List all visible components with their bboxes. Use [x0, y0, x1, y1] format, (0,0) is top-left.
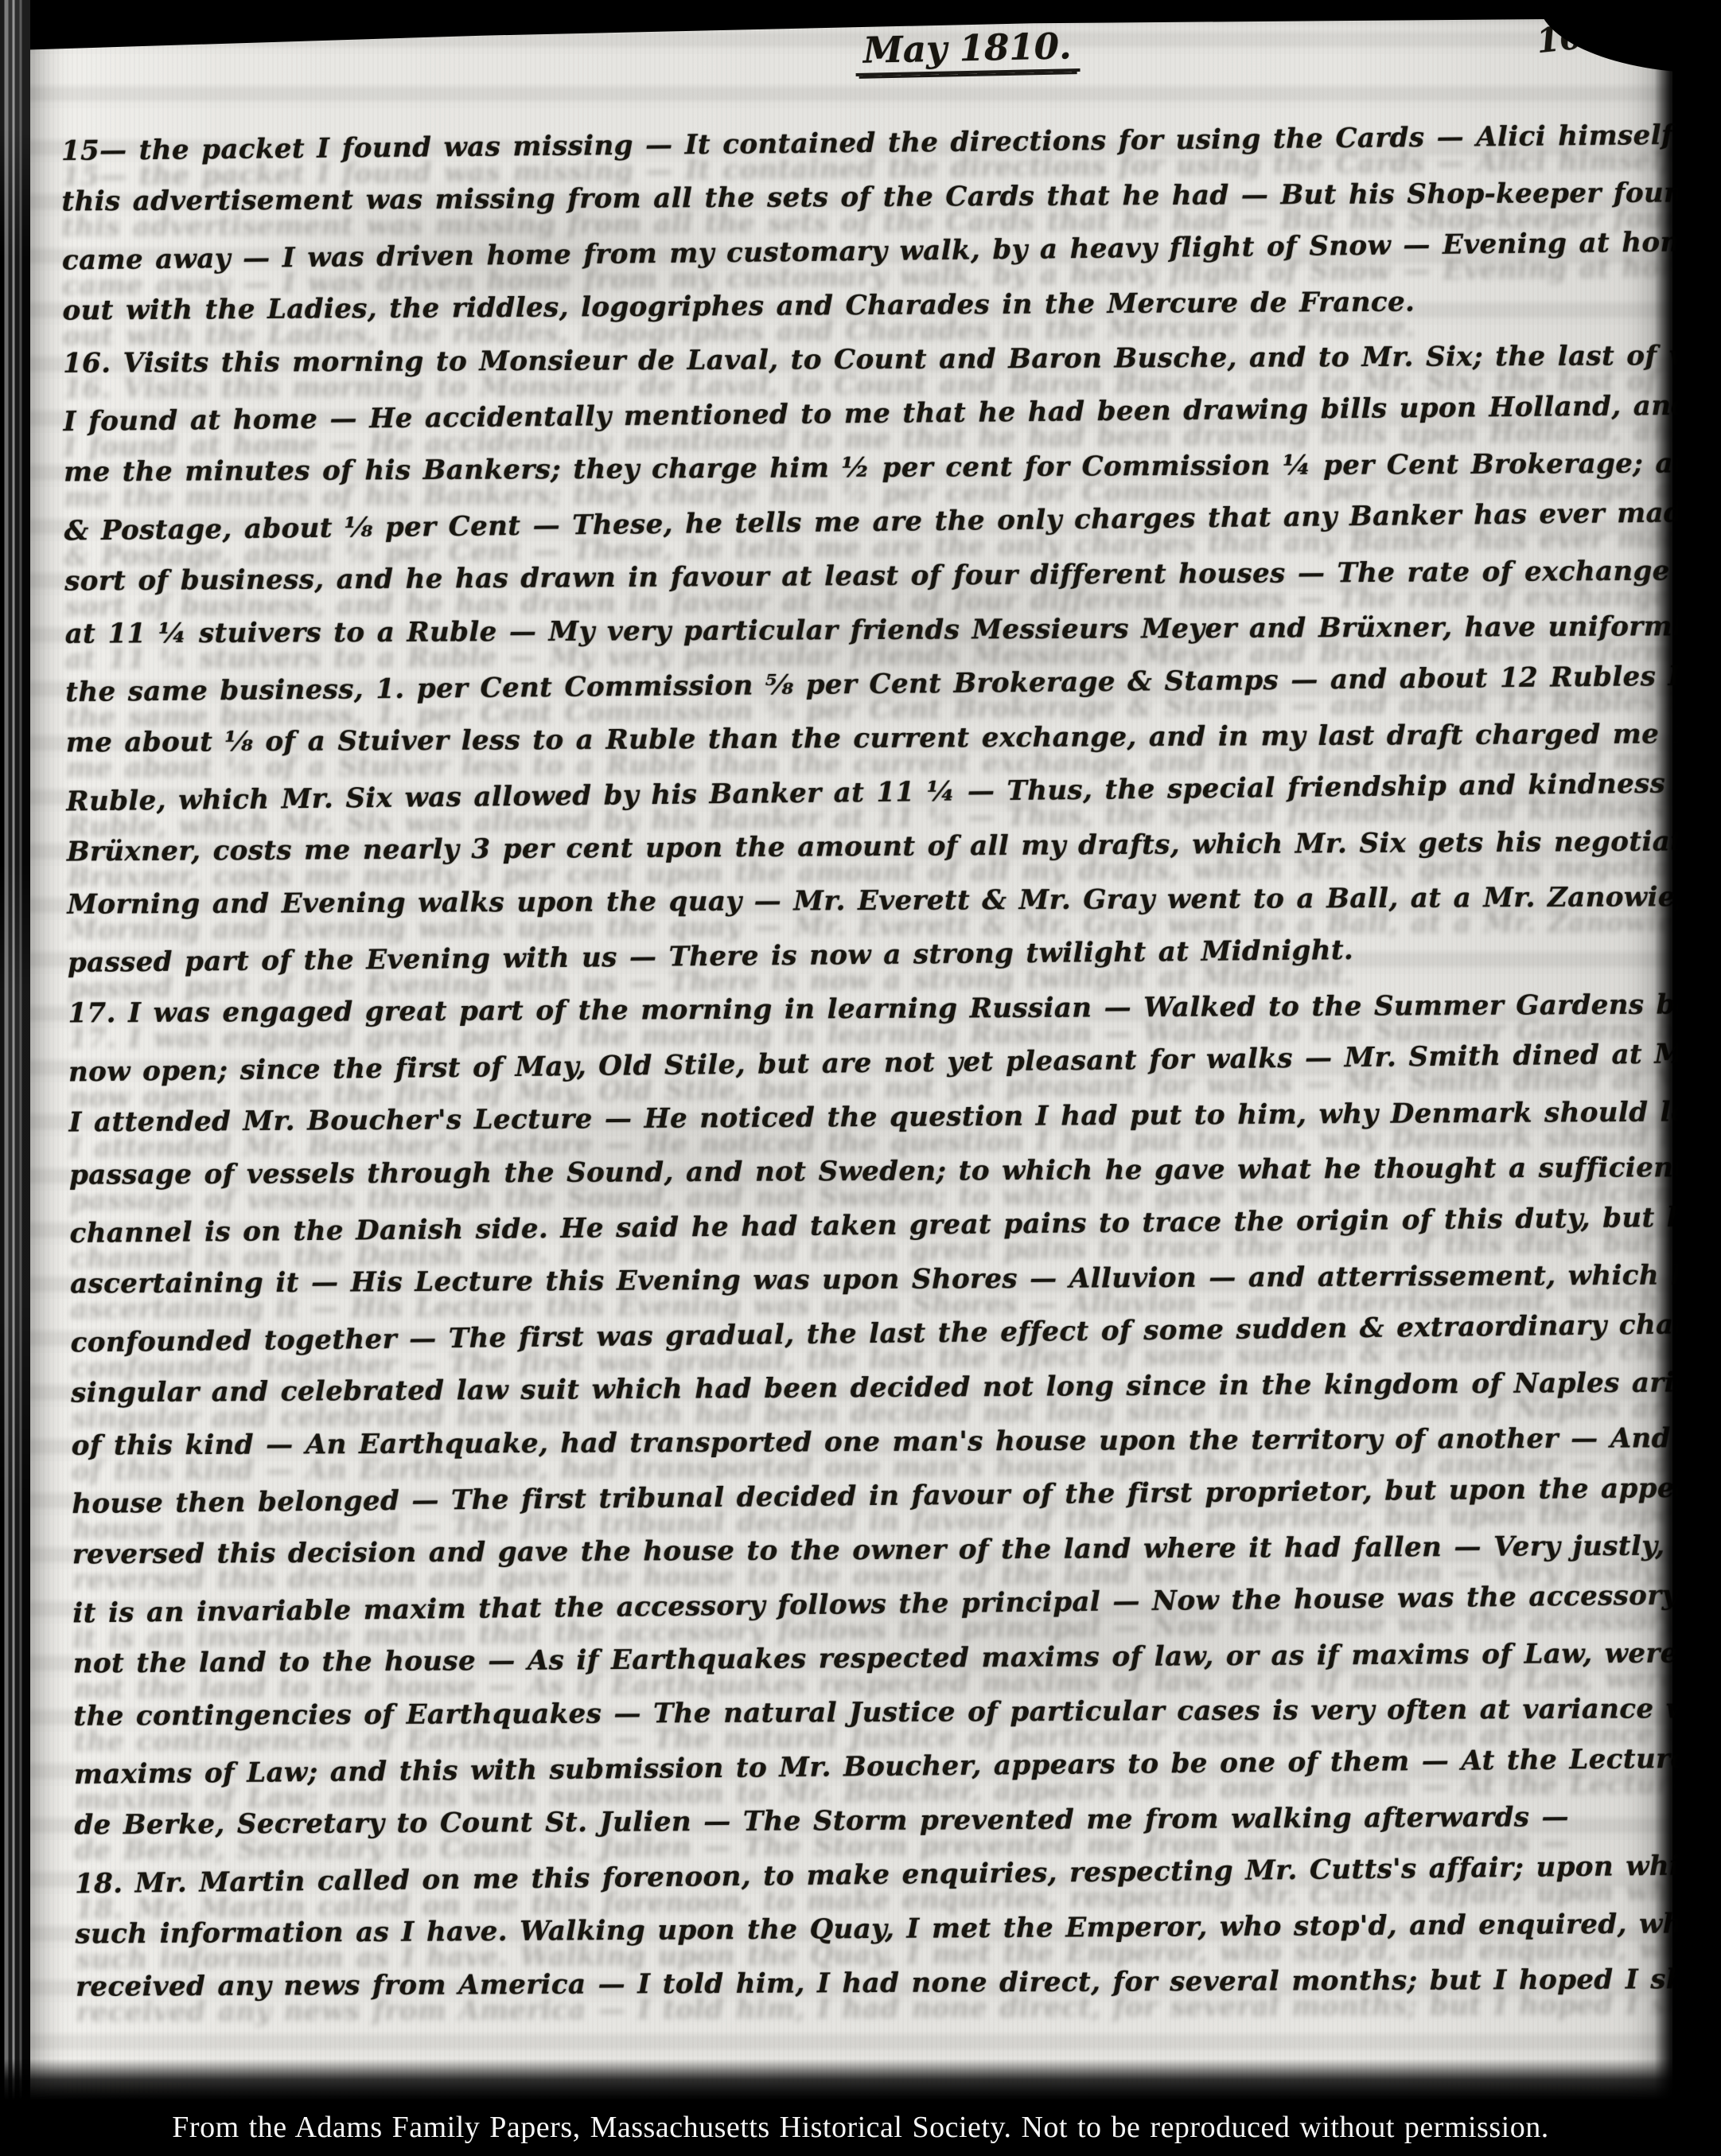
- manuscript-lines: 15— the packet I found was missing — It …: [61, 110, 1676, 2017]
- scanned-manuscript-photo: May 1810. 107. 15— the packet I found wa…: [0, 0, 1721, 2156]
- entry-month-heading: May 1810.: [855, 25, 1080, 76]
- manuscript-line: not the land to the house — As if Earthq…: [73, 1626, 1672, 1690]
- manuscript-line: I attended Mr. Boucher's Lecture — He no…: [68, 1086, 1668, 1150]
- manuscript-line: singular and celebrated law suit which h…: [71, 1355, 1670, 1420]
- manuscript-line: sort of business, and he has drawn in fa…: [64, 544, 1664, 609]
- photo-frame-bottom: From the Adams Family Papers, Massachuse…: [0, 2059, 1721, 2156]
- book-spine-edge: [0, 0, 30, 2156]
- footer-caption: From the Adams Family Papers, Massachuse…: [172, 2110, 1548, 2156]
- manuscript-line: out with the Ladies, the riddles, logogr…: [62, 274, 1661, 338]
- manuscript-line: received any news from America — I told …: [76, 1952, 1675, 2014]
- manuscript-line: Brüxner, costs me nearly 3 per cent upon…: [67, 815, 1666, 879]
- photo-frame-right: [1654, 0, 1721, 2156]
- manuscript-line: such information as I have. Walking upon…: [75, 1897, 1674, 1961]
